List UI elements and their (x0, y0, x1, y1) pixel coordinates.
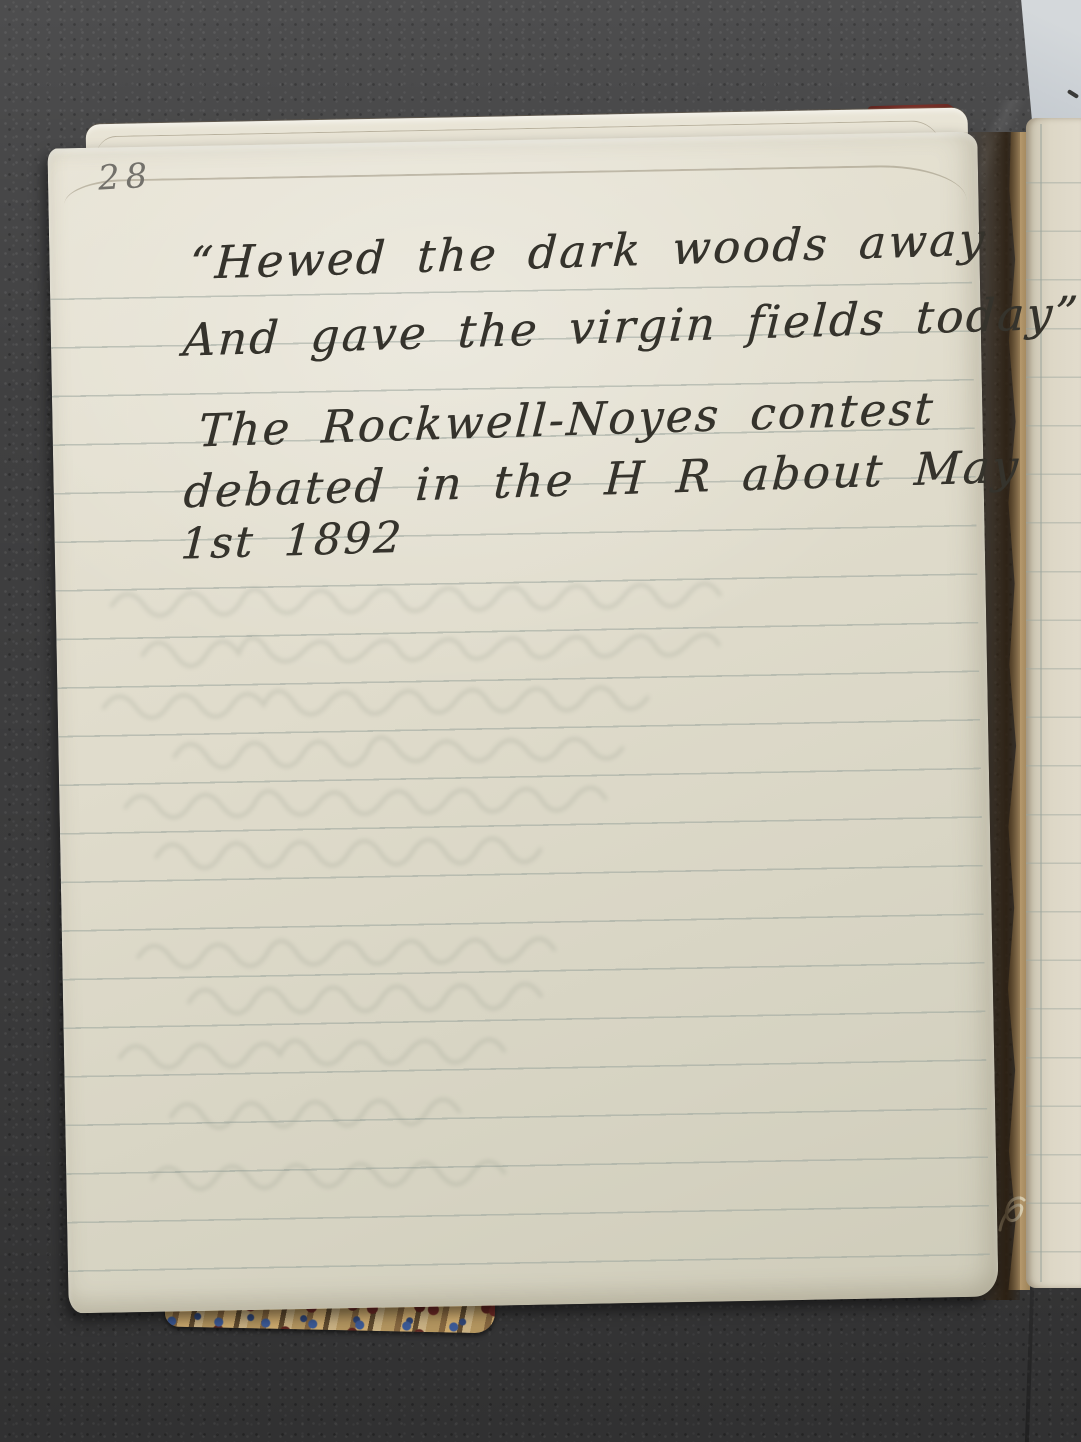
pen-mark (1067, 89, 1079, 99)
page-number: 28 (97, 156, 154, 199)
photo-scene: 28 “Hewed the dark woods away And gave t… (0, 0, 1081, 1442)
notebook-page: 28 “Hewed the dark woods away And gave t… (47, 132, 998, 1314)
bleed-through-writing (81, 524, 974, 1260)
right-page-ruled-lines (1026, 182, 1081, 1276)
handwritten-note-line-3: 1st 1892 (179, 513, 405, 570)
